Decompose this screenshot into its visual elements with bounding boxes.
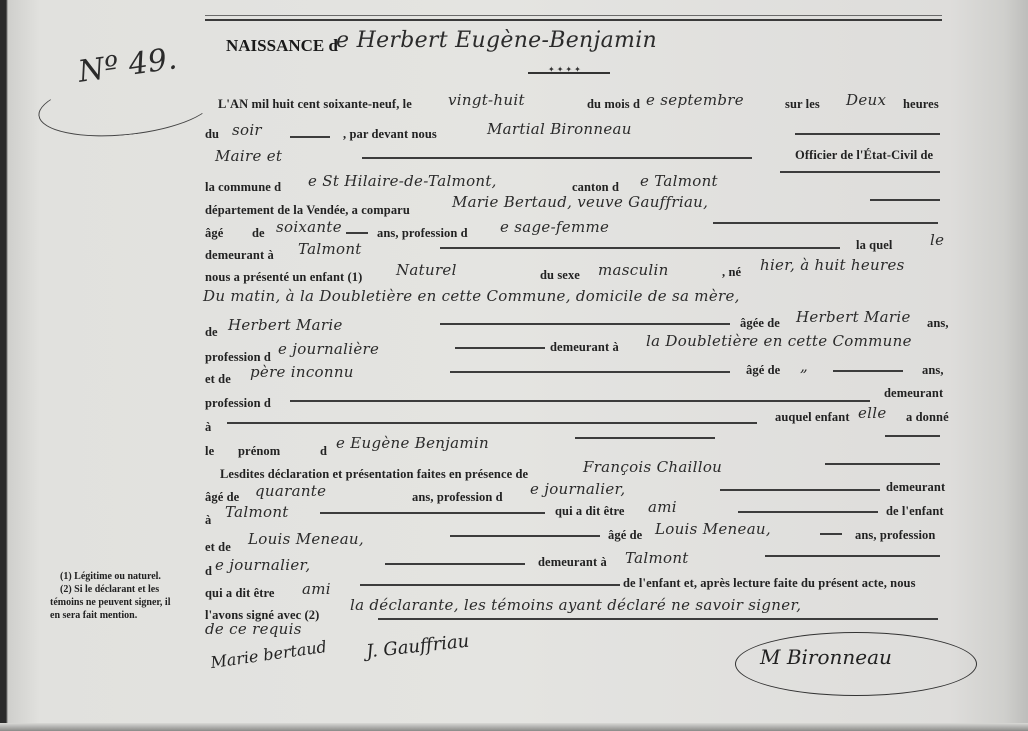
print-a-donne: a donné	[906, 410, 949, 425]
hand-birth-place: Du matin, à la Doubletière en cette Comm…	[203, 287, 740, 305]
register-page: Nº 49. NAISSANCE d e Herbert Eugène-Benj…	[0, 0, 1028, 731]
hand-officer-role: Maire et	[215, 147, 282, 165]
print-father-profession: profession d	[205, 396, 271, 411]
print-qui-a-dit2: qui a dit être	[205, 586, 275, 601]
hand-witness2-residence: Talmont	[625, 549, 689, 567]
print-demeurant: demeurant à	[205, 248, 274, 263]
print-witness1-residence: demeurant	[886, 480, 945, 495]
hand-given-names: e Eugène Benjamin	[336, 434, 489, 452]
hand-father: père inconnu	[250, 363, 354, 381]
hand-sex: masculin	[598, 261, 669, 279]
print-witness2-profession: ans, profession	[855, 528, 935, 543]
print-witness2-age-label: âgé de	[608, 528, 642, 543]
print-ne: , né	[722, 265, 741, 280]
hand-witness1-name: François Chaillou	[583, 458, 722, 476]
hand-signature-statement: la déclarante, les témoins ayant déclaré…	[350, 596, 801, 614]
hand-time-of-day: soir	[232, 121, 262, 139]
print-a2: à	[205, 513, 211, 528]
print-commune: la commune d	[205, 180, 281, 195]
print-mother-residence: demeurant à	[550, 340, 619, 355]
print-enfant: nous a présenté un enfant (1)	[205, 270, 362, 285]
title-ornament	[528, 72, 610, 80]
print-profession: ans, profession d	[377, 226, 468, 241]
print-qui-a-dit: qui a dit être	[555, 504, 625, 519]
print-lesdites: Lesdites déclaration et présentation fai…	[220, 467, 528, 482]
hand-witness1-relation: ami	[648, 498, 677, 516]
top-rule	[205, 19, 942, 21]
hand-day: vingt-huit	[448, 91, 525, 109]
print-year: L'AN mil huit cent soixante-neuf, le	[218, 97, 412, 112]
hand-witness1-profession: e journalier,	[530, 480, 625, 498]
print-witness2-residence-label: demeurant à	[538, 555, 607, 570]
print-de2: d	[320, 444, 327, 459]
print-du: du	[205, 127, 219, 142]
title-prefix: NAISSANCE d	[226, 36, 338, 56]
hand-witness1-residence: Talmont	[225, 503, 289, 521]
print-de-l-enfant: de l'enfant	[886, 504, 944, 519]
hand-mother-residence: la Doubletière en cette Commune	[646, 332, 912, 350]
hand-officer-name: Martial Bironneau	[487, 120, 632, 138]
footnote-1: (1) Légitime ou naturel.	[60, 570, 161, 583]
signature-widow: J. Gauffriau	[365, 631, 470, 663]
print-apres-lecture: de l'enfant et, après lecture faite du p…	[623, 576, 916, 591]
print-auquel: auquel enfant	[775, 410, 850, 425]
page-bottom-edge	[0, 723, 1028, 731]
hand-mother-age: Herbert Marie	[796, 308, 911, 326]
hand-witness2-profession: e journalier,	[215, 556, 310, 574]
top-rule-thin	[205, 15, 942, 16]
hand-witness2-age: Louis Meneau,	[655, 520, 771, 538]
print-heures: heures	[903, 97, 939, 112]
print-age: âgé	[205, 226, 223, 241]
print-father-age-label: âgé de	[746, 363, 780, 378]
footnote-2c: en sera fait mention.	[50, 609, 137, 622]
hand-declarant-age: soixante	[276, 218, 342, 236]
print-les: le	[205, 444, 214, 459]
print-sur-les: sur les	[785, 97, 820, 112]
print-month-label: du mois d	[587, 97, 640, 112]
hand-father-age: „	[800, 357, 808, 375]
footnote-2b: témoins ne peuvent signer, il	[50, 596, 170, 609]
print-mother-de: de	[205, 325, 218, 340]
print-par-devant: , par devant nous	[343, 127, 437, 142]
hand-witness2-name: Louis Meneau,	[248, 530, 364, 548]
print-father-de: et de	[205, 372, 231, 387]
title-child-name: e Herbert Eugène-Benjamin	[336, 28, 657, 53]
hand-witness1-age: quarante	[255, 482, 326, 500]
print-sexe: du sexe	[540, 268, 580, 283]
hand-witness2-relation: ami	[302, 580, 331, 598]
hand-mother-name: Herbert Marie	[228, 316, 343, 334]
print-d: d	[205, 564, 212, 579]
hand-declarant-residence: Talmont	[298, 240, 362, 258]
print-de: de	[252, 226, 265, 241]
print-witness1-profession: ans, profession d	[412, 490, 503, 505]
hand-commune: e St Hilaire-de-Talmont,	[308, 172, 497, 190]
hand-laquelle-suffix: le	[930, 231, 944, 249]
hand-hour: Deux	[846, 91, 886, 109]
hand-mother-profession: e journalière	[278, 340, 379, 358]
print-father-residence: demeurant	[884, 386, 943, 401]
hand-birth-time: hier, à huit heures	[760, 256, 905, 274]
hand-de-ce-requis: de ce requis	[205, 620, 302, 638]
print-departement: département de la Vendée, a comparu	[205, 203, 410, 218]
hand-declarant: Marie Bertaud, veuve Gauffriau,	[452, 193, 708, 211]
signature-declarant: Marie bertaud	[209, 637, 328, 672]
print-et-de: et de	[205, 540, 231, 555]
hand-declarant-profession: e sage-femme	[500, 218, 609, 236]
hand-month: e septembre	[646, 91, 744, 109]
print-officier: Officier de l'État-Civil de	[795, 148, 933, 163]
footnote-2a: (2) Si le déclarant et les	[60, 583, 159, 596]
hand-legitimacy: Naturel	[396, 261, 457, 279]
signature-officer: M Bironneau	[760, 645, 892, 669]
print-prenoms: prénom	[238, 444, 280, 459]
print-mother-age-label: âgée de	[740, 316, 780, 331]
print-a: à	[205, 420, 211, 435]
hand-auquel-subject: elle	[858, 404, 887, 422]
print-father-ans: ans,	[922, 363, 944, 378]
print-mother-ans: ans,	[927, 316, 949, 331]
hand-canton: e Talmont	[640, 172, 718, 190]
print-laquelle: la quel	[856, 238, 892, 253]
